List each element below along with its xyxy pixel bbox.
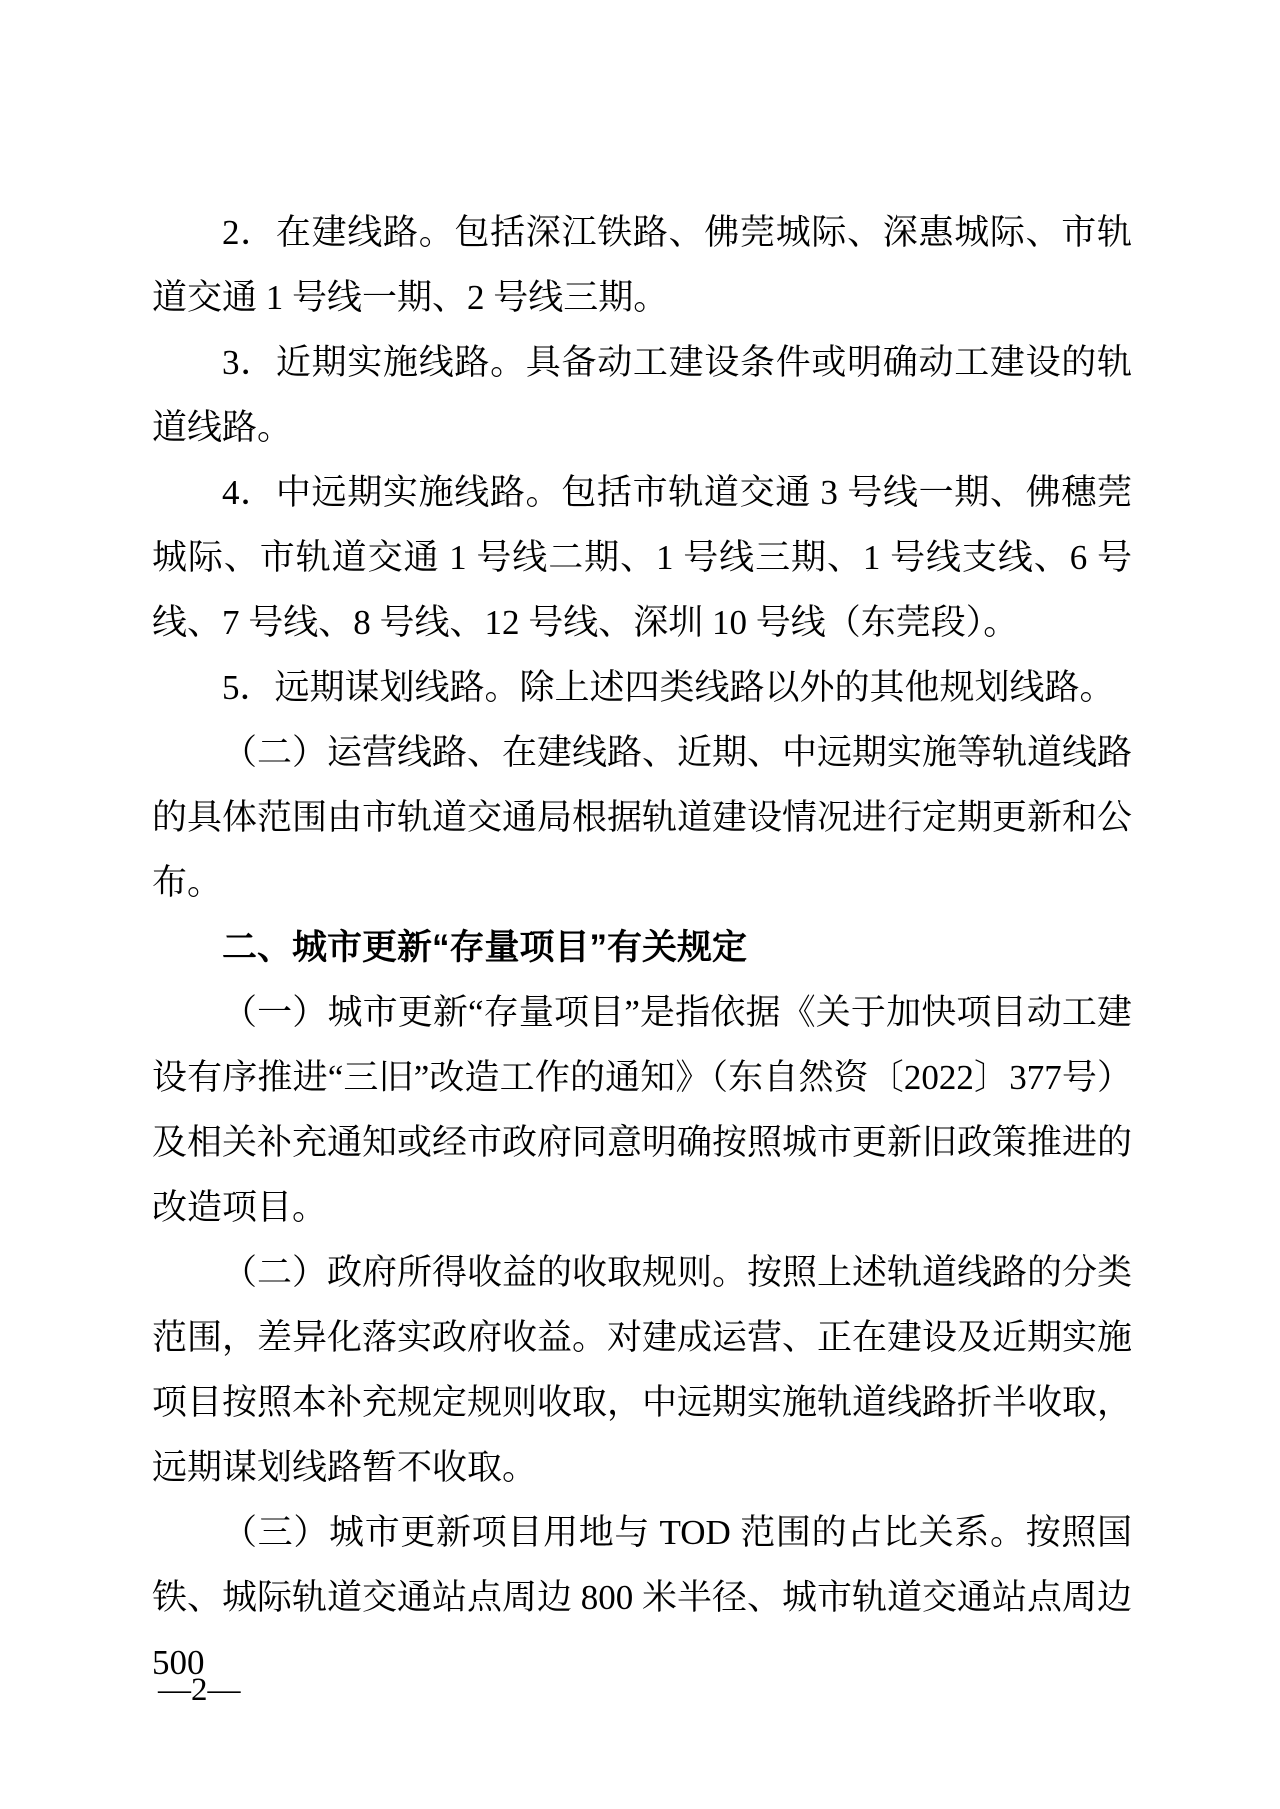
section-heading: 二、城市更新“存量项目”有关规定 (152, 915, 1132, 980)
paragraph: （三）城市更新项目用地与 TOD 范围的占比关系。按照国铁、城际轨道交通站点周边… (152, 1500, 1132, 1695)
paragraph: （二）政府所得收益的收取规则。按照上述轨道线路的分类范围，差异化落实政府收益。对… (152, 1240, 1132, 1500)
paragraph: （一）城市更新“存量项目”是指依据《关于加快项目动工建设有序推进“三旧”改造工作… (152, 980, 1132, 1240)
document-page: 2．在建线路。包括深江铁路、佛莞城际、深惠城际、市轨道交通 1 号线一期、2 号… (0, 0, 1280, 1809)
paragraph: 4．中远期实施线路。包括市轨道交通 3 号线一期、佛穗莞城际、市轨道交通 1 号… (152, 460, 1132, 655)
paragraph: （二）运营线路、在建线路、近期、中远期实施等轨道线路的具体范围由市轨道交通局根据… (152, 720, 1132, 915)
page-number: —2— (158, 1670, 241, 1710)
paragraph: 3．近期实施线路。具备动工建设条件或明确动工建设的轨道线路。 (152, 330, 1132, 460)
document-body: 2．在建线路。包括深江铁路、佛莞城际、深惠城际、市轨道交通 1 号线一期、2 号… (152, 200, 1132, 1695)
paragraph: 5．远期谋划线路。除上述四类线路以外的其他规划线路。 (152, 655, 1132, 720)
paragraph: 2．在建线路。包括深江铁路、佛莞城际、深惠城际、市轨道交通 1 号线一期、2 号… (152, 200, 1132, 330)
